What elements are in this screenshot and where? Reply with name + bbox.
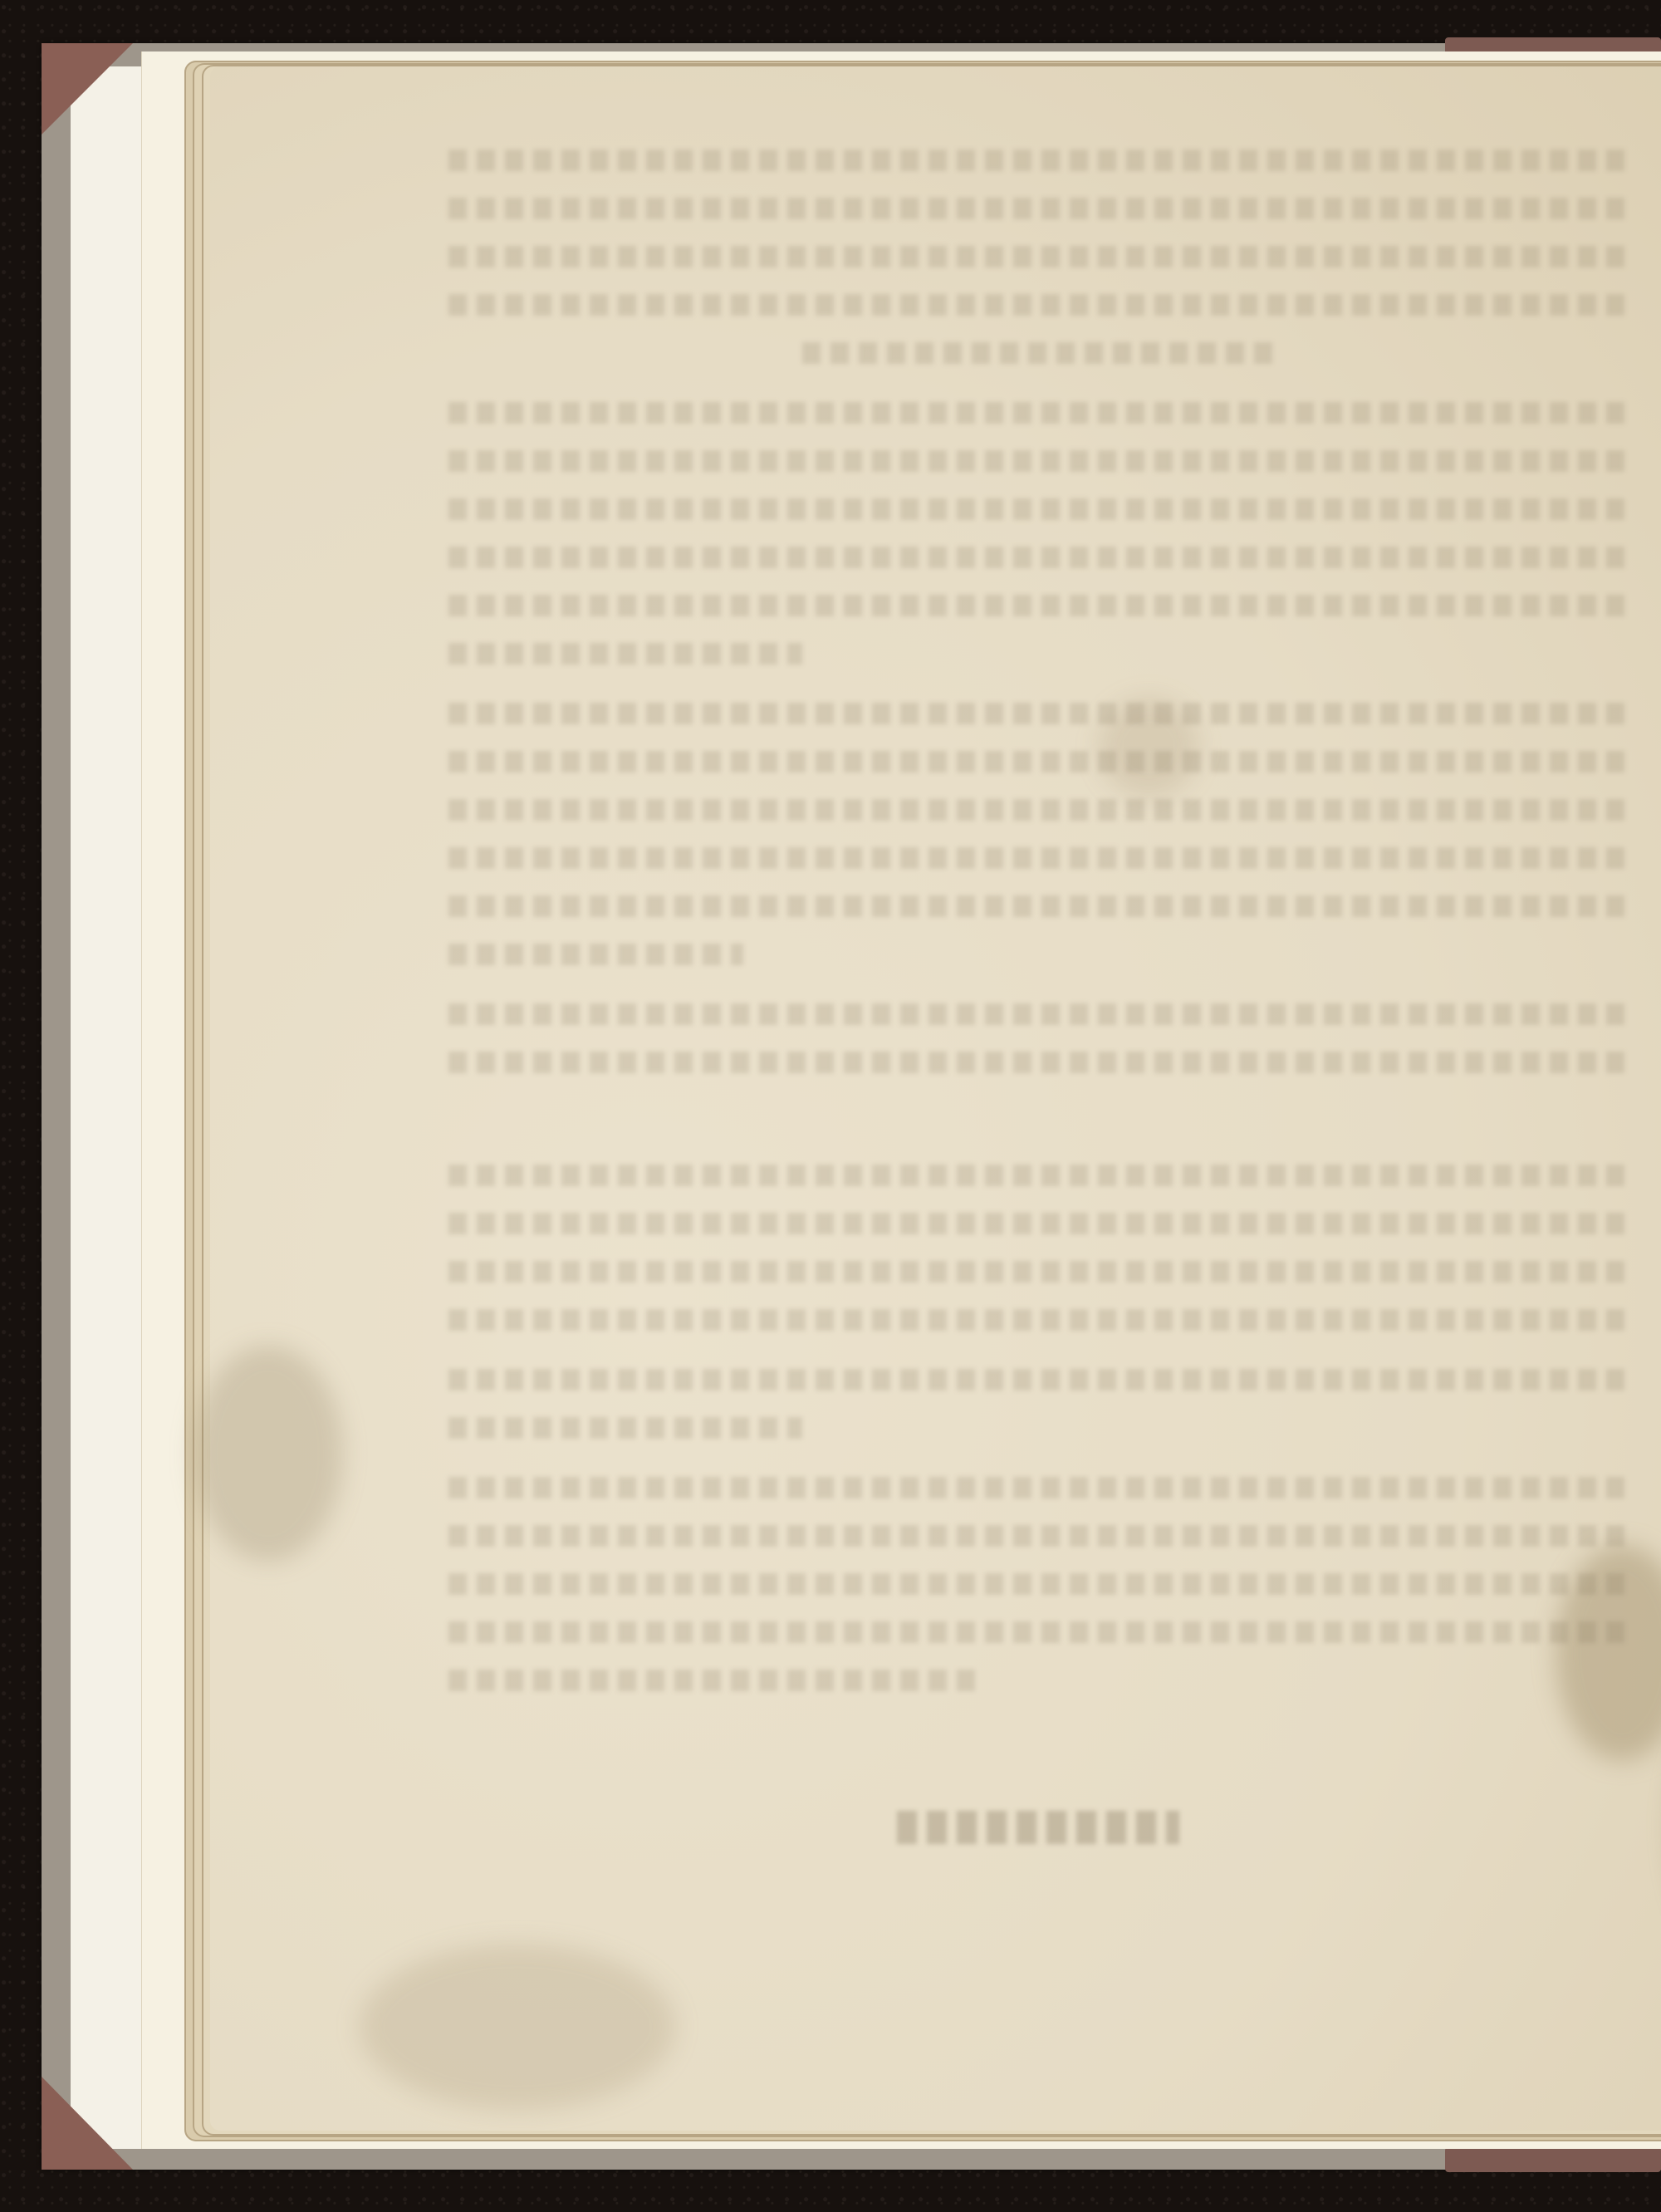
leather-edge-bottom bbox=[1445, 2147, 1661, 2172]
water-stain bbox=[194, 1346, 343, 1562]
catchword-show-through bbox=[897, 1811, 1179, 1844]
show-through-text-block bbox=[448, 150, 1628, 1718]
water-stain bbox=[360, 1944, 675, 2110]
